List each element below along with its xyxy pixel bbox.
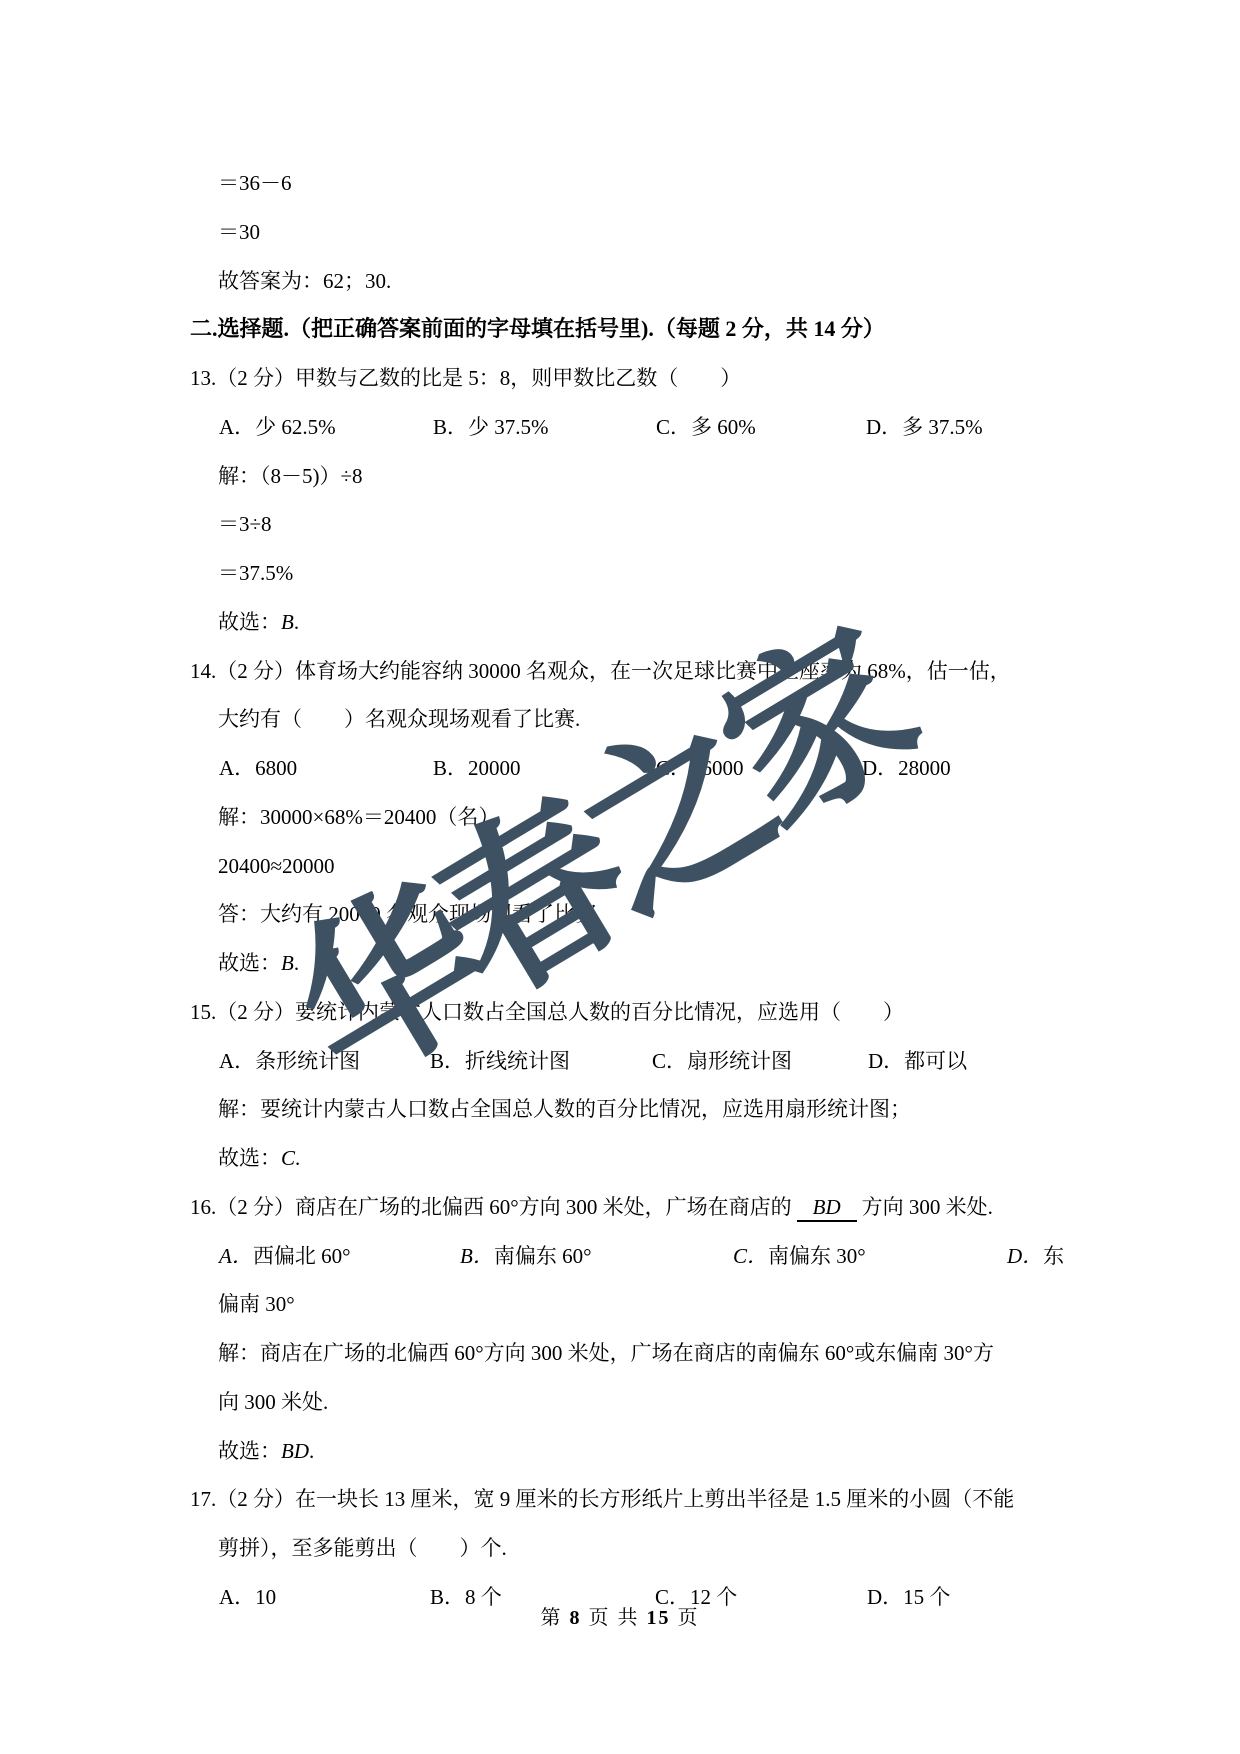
filled-blank: BD (797, 1194, 857, 1222)
q15-option-c: C．扇形统计图 (652, 1048, 792, 1074)
option-text: 南偏东 60° (494, 1244, 592, 1268)
q16-solution-2: 向 300 米处. (218, 1389, 328, 1415)
q13-stem: 13.（2 分）甲数与乙数的比是 5：8，则甲数比乙数（ ） (190, 365, 741, 391)
q16-option-d-wrap: 偏南 30° (218, 1291, 295, 1317)
q16-options: A．西偏北 60° B．南偏东 60° C．南偏东 30° D．东 (0, 1243, 1240, 1269)
option-text: 西偏北 60° (253, 1244, 351, 1268)
option-label: A． (219, 1244, 253, 1268)
intro-answer-line: 故答案为：62；30. (218, 268, 391, 294)
q13-option-d: D．多 37.5% (866, 414, 983, 440)
answer-period: . (309, 1439, 314, 1463)
stem-text: 16.（2 分）商店在广场的北偏西 60°方向 300 米处，广场在商店的 (190, 1195, 792, 1219)
q16-option-a: A．西偏北 60° (219, 1243, 350, 1269)
q16-solution-1: 解：商店在广场的北偏西 60°方向 300 米处，广场在商店的南偏东 60°或东… (218, 1340, 994, 1366)
page-footer: 第 8 页 共 15 页 (0, 1603, 1240, 1633)
q13-option-c: C．多 60% (656, 414, 756, 440)
answer-label: 故选： (218, 610, 281, 634)
option-text: 20000 (468, 756, 521, 780)
intro-calc-line-2: ＝30 (218, 219, 260, 245)
q15-option-d: D．都可以 (868, 1048, 967, 1074)
q13-options: A．少 62.5% B．少 37.5% C．多 60% D．多 37.5% (0, 414, 1240, 440)
q13-answer: 故选：B. (218, 609, 299, 635)
q14-option-a: A．6800 (219, 755, 297, 781)
option-text: 少 62.5% (255, 415, 336, 439)
option-label: D． (1007, 1244, 1043, 1268)
option-text: 多 60% (691, 415, 756, 439)
option-text: 6800 (255, 756, 297, 780)
q16-option-d: D．东 (1007, 1243, 1064, 1269)
footer-text: 第 (541, 1607, 563, 1629)
q15-options: A．条形统计图 B．折线统计图 C．扇形统计图 D．都可以 (0, 1048, 1240, 1074)
option-label: D． (868, 1049, 904, 1073)
option-label: C． (652, 1049, 687, 1073)
option-label: C． (733, 1244, 768, 1268)
q16-option-b: B．南偏东 60° (460, 1243, 591, 1269)
q15-answer: 故选：C. (218, 1145, 300, 1171)
q13-option-a: A．少 62.5% (219, 414, 336, 440)
option-text: 少 37.5% (468, 415, 549, 439)
option-text: 折线统计图 (465, 1049, 570, 1073)
option-text: 多 37.5% (902, 415, 983, 439)
answer-period: . (294, 610, 299, 634)
section-heading: 二.选择题.（把正确答案前面的字母填在括号里).（每题 2 分，共 14 分） (190, 316, 885, 342)
q13-solution-3: ＝37.5% (218, 560, 293, 586)
q14-solution-1: 解：30000×68%＝20400（名） (218, 804, 499, 830)
footer-text: 页 (678, 1607, 700, 1629)
option-text: 扇形统计图 (687, 1049, 792, 1073)
answer-label: 故选： (218, 1439, 281, 1463)
option-label: A． (219, 1049, 255, 1073)
option-label: B． (460, 1244, 494, 1268)
q15-solution-1: 解：要统计内蒙古人口数占全国总人数的百分比情况，应选用扇形统计图； (218, 1096, 911, 1122)
option-label: A． (219, 756, 255, 780)
intro-calc-line-1: ＝36－6 (218, 170, 292, 196)
footer-text: 页 (589, 1607, 611, 1629)
footer-page-number: 8 (570, 1607, 582, 1629)
option-text: 都可以 (904, 1049, 967, 1073)
exam-document-page: ＝36－6 ＝30 故答案为：62；30. 二.选择题.（把正确答案前面的字母填… (0, 0, 1240, 1754)
q16-stem: 16.（2 分）商店在广场的北偏西 60°方向 300 米处，广场在商店的BD方… (190, 1194, 993, 1220)
answer-choice: B (281, 610, 294, 634)
option-label: B． (433, 415, 468, 439)
option-label: A． (219, 415, 255, 439)
stem-text: 方向 300 米处. (862, 1195, 993, 1219)
footer-text: 共 (618, 1607, 640, 1629)
q14-solution-2: 20400≈20000 (218, 853, 335, 879)
option-text: 南偏东 30° (768, 1244, 866, 1268)
q13-solution-1: 解：（8－5)）÷8 (218, 463, 363, 489)
option-text: 东 (1043, 1244, 1064, 1268)
q13-solution-2: ＝3÷8 (218, 511, 272, 537)
answer-label: 故选： (218, 1146, 281, 1170)
q17-stem-line-2: 剪拼），至多能剪出（ ）个. (218, 1535, 507, 1561)
q14-option-b: B．20000 (433, 755, 521, 781)
q16-option-c: C．南偏东 30° (733, 1243, 866, 1269)
answer-choice: BD (281, 1439, 309, 1463)
q13-option-b: B．少 37.5% (433, 414, 549, 440)
option-label: D． (866, 415, 902, 439)
option-label: B． (433, 756, 468, 780)
answer-period: . (295, 1146, 300, 1170)
q17-stem-line-1: 17.（2 分）在一块长 13 厘米，宽 9 厘米的长方形纸片上剪出半径是 1.… (190, 1486, 1014, 1512)
answer-choice: C (281, 1146, 295, 1170)
q14-stem-line-2: 大约有（ ）名观众现场观看了比赛. (218, 706, 580, 732)
footer-total-pages: 15 (647, 1607, 671, 1629)
option-label: C． (656, 415, 691, 439)
q16-answer: 故选：BD. (218, 1438, 314, 1464)
